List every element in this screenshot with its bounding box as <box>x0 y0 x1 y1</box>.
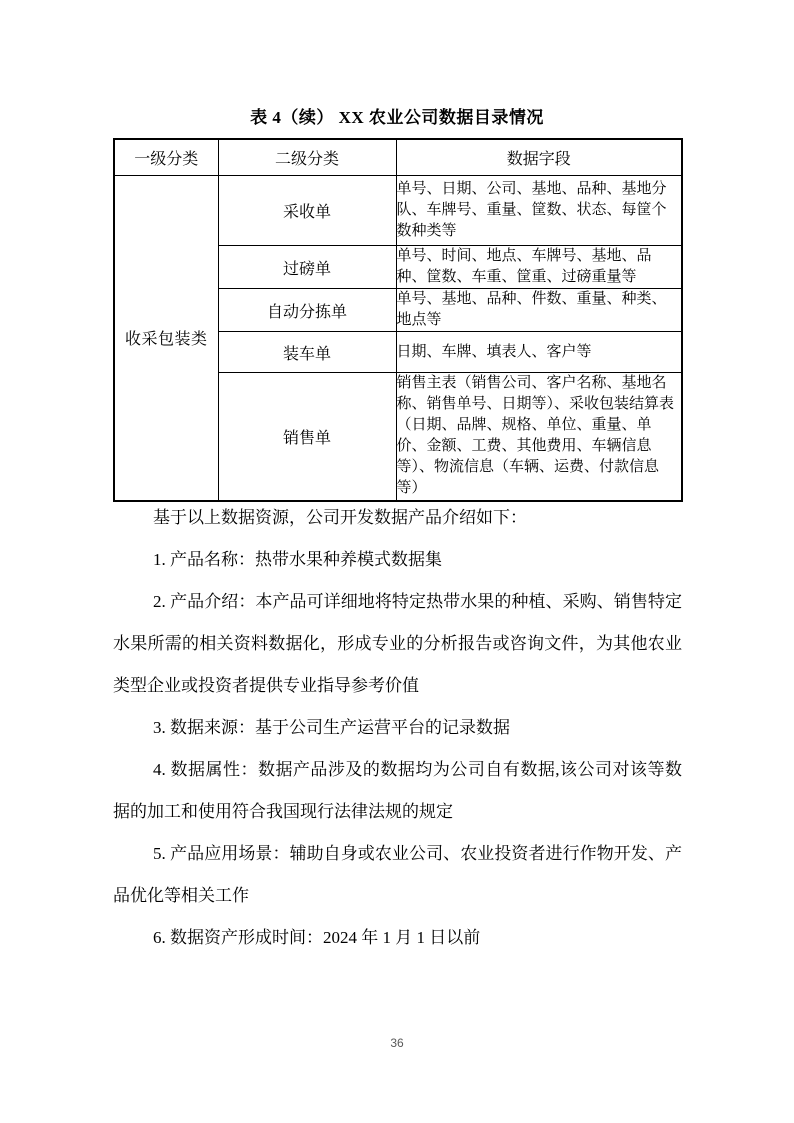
body-text-block: 基于以上数据资源，公司开发数据产品介绍如下： 1. 产品名称：热带水果种养模式数… <box>113 497 682 959</box>
doc-type-cell: 装车单 <box>218 332 396 373</box>
application-scenario-paragraph: 5. 产品应用场景：辅助自身或农业公司、农业投资者进行作物开发、产品优化等相关工… <box>113 833 682 917</box>
fields-cell: 日期、车牌、填表人、客户等 <box>396 332 682 373</box>
product-name-paragraph: 1. 产品名称：热带水果种养模式数据集 <box>113 539 682 581</box>
table-row-harvest: 收采包装类 采收单 单号、日期、公司、基地、品种、基地分队、车牌号、重量、筐数、… <box>114 176 682 246</box>
header-row: 一级分类 二级分类 数据字段 <box>114 139 682 176</box>
doc-type-cell: 过磅单 <box>218 246 396 289</box>
col-header-secondary-category: 二级分类 <box>218 139 396 176</box>
doc-type-cell: 销售单 <box>218 373 396 501</box>
data-attribute-paragraph: 4. 数据属性：数据产品涉及的数据均为公司自有数据,该公司对该等数据的加工和使用… <box>113 749 682 833</box>
col-header-primary-category: 一级分类 <box>114 139 218 176</box>
category-cell: 收采包装类 <box>114 176 218 501</box>
col-header-data-fields: 数据字段 <box>396 139 682 176</box>
document-page: 表 4（续） XX 农业公司数据目录情况 一级分类 二级分类 数据字段 收采包装… <box>0 0 794 1123</box>
table-caption: 表 4（续） XX 农业公司数据目录情况 <box>113 103 681 128</box>
data-catalog-table: 一级分类 二级分类 数据字段 收采包装类 采收单 单号、日期、公司、基地、品种、… <box>113 138 683 502</box>
data-source-paragraph: 3. 数据来源：基于公司生产运营平台的记录数据 <box>113 707 682 749</box>
fields-cell: 销售主表（销售公司、客户名称、基地名称、销售单号、日期等）、采收包装结算表（日期… <box>396 373 682 501</box>
doc-type-cell: 自动分拣单 <box>218 289 396 332</box>
fields-cell: 单号、基地、品种、件数、重量、种类、地点等 <box>396 289 682 332</box>
page-number: 36 <box>0 1036 794 1050</box>
doc-type-cell: 采收单 <box>218 176 396 246</box>
formation-time-paragraph: 6. 数据资产形成时间：2024 年 1 月 1 日以前 <box>113 917 682 959</box>
intro-paragraph: 基于以上数据资源，公司开发数据产品介绍如下： <box>113 497 682 539</box>
fields-cell: 单号、日期、公司、基地、品种、基地分队、车牌号、重量、筐数、状态、每筐个数种类等 <box>396 176 682 246</box>
fields-cell: 单号、时间、地点、车牌号、基地、品种、筐数、车重、筐重、过磅重量等 <box>396 246 682 289</box>
product-intro-paragraph: 2. 产品介绍：本产品可详细地将特定热带水果的种植、采购、销售特定水果所需的相关… <box>113 581 682 707</box>
